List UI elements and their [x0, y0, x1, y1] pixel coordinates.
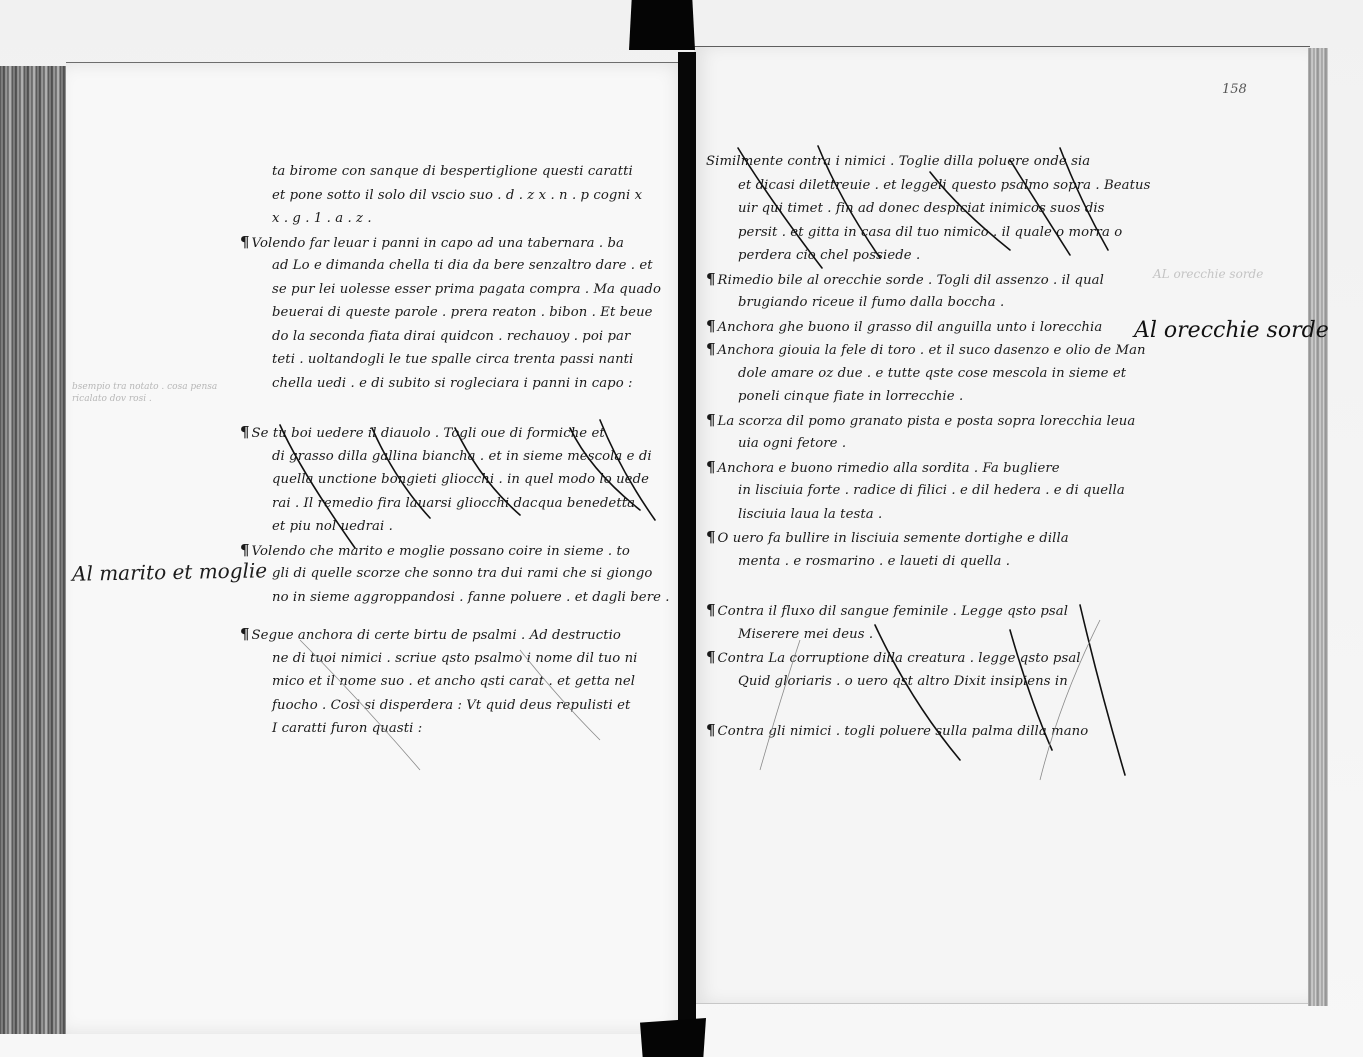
- pilcrow-mark-icon: ¶: [706, 458, 714, 476]
- text-line: fuocho . Cosi si disperdera : Vt quid de…: [240, 694, 680, 718]
- paragraph-start: ¶Anchora giouia la fele di toro . et il …: [706, 338, 1106, 362]
- pilcrow-mark-icon: ¶: [240, 541, 248, 559]
- faint-marginal-note: bsempio tra notato . cosa pensa ricalato…: [72, 381, 232, 405]
- text-line: lisciuia laua la testa .: [706, 503, 1106, 527]
- pilcrow-mark-icon: ¶: [706, 411, 714, 429]
- text-line: do la seconda fiata dirai quidcon . rech…: [240, 325, 680, 349]
- left-page-block-edges: [0, 66, 66, 1034]
- paragraph-start: ¶Se tu boi uedere il diauolo . Togli oue…: [240, 421, 680, 445]
- text-line: persit . et gitta in casa dil tuo nimico…: [706, 221, 1106, 245]
- text-line: uir qui timet . fin ad donec despiciat i…: [706, 197, 1106, 221]
- folio-number: 158: [1222, 82, 1247, 97]
- faint-marginal-note-right: AL orecchie sorde: [1153, 268, 1263, 280]
- pilcrow-mark-icon: ¶: [240, 233, 248, 251]
- pilcrow-mark-icon: ¶: [706, 601, 714, 619]
- pilcrow-mark-icon: ¶: [240, 625, 248, 643]
- text-line: ad Lo e dimanda chella ti dia da bere se…: [240, 254, 680, 278]
- text-line: perdera cio chel possiede .: [706, 244, 1106, 268]
- text-line: poneli cinque fiate in lorrecchie .: [706, 385, 1106, 409]
- text-line: se pur lei uolesse esser prima pagata co…: [240, 278, 680, 302]
- text-line: in lisciuia forte . radice di filici . e…: [706, 479, 1106, 503]
- text-line: x . g . 1 . a . z .: [240, 207, 680, 231]
- pilcrow-mark-icon: ¶: [706, 317, 714, 335]
- text-line: quella unctione bongieti gliocchi . in q…: [240, 468, 680, 492]
- paragraph-start: Similmente contra i nimici . Toglie dill…: [706, 150, 1106, 174]
- text-line: mico et il nome suo . et ancho qsti cara…: [240, 670, 680, 694]
- marginal-note-marito: Al marito et moglie: [72, 558, 268, 585]
- pilcrow-mark-icon: ¶: [240, 423, 248, 441]
- book-spine-gutter: [678, 52, 696, 1022]
- pilcrow-mark-icon: ¶: [706, 340, 714, 358]
- text-line: I caratti furon quasti :: [240, 717, 680, 741]
- text-line: no in sieme aggroppandosi . fanne poluer…: [240, 586, 680, 610]
- paragraph-start: ¶Anchora ghe buono il grasso dil anguill…: [706, 315, 1106, 339]
- right-page-text: Similmente contra i nimici . Toglie dill…: [706, 150, 1106, 743]
- text-line: dole amare oz due . e tutte qste cose me…: [706, 362, 1106, 386]
- text-line: beuerai di queste parole . prera reaton …: [240, 301, 680, 325]
- paragraph-start: ¶Anchora e buono rimedio alla sordita . …: [706, 456, 1106, 480]
- paragraph-start: ¶La scorza dil pomo granato pista e post…: [706, 409, 1106, 433]
- paragraph-start: ¶Volendo che marito e moglie possano coi…: [240, 539, 680, 563]
- paragraph-start: ¶Segue anchora di certe birtu de psalmi …: [240, 623, 680, 647]
- paragraph-start: ¶Rimedio bile al orecchie sorde . Togli …: [706, 268, 1106, 292]
- text-line: menta . e rosmarino . e laueti di quella…: [706, 550, 1106, 574]
- paragraph-start: ¶Contra gli nimici . togli poluere sulla…: [706, 719, 1106, 743]
- binding-ribbon-top: [629, 0, 695, 50]
- text-line: Miserere mei deus .: [706, 623, 1106, 647]
- text-line: et piu nol uedrai .: [240, 515, 680, 539]
- paragraph-start: ¶Volendo far leuar i panni in capo ad un…: [240, 231, 680, 255]
- paragraph-start: ¶Contra il fluxo dil sangue feminile . L…: [706, 599, 1106, 623]
- pilcrow-mark-icon: ¶: [706, 721, 714, 739]
- text-line: gli di quelle scorze che sonno tra dui r…: [240, 562, 680, 586]
- right-page-block-edges: [1308, 48, 1328, 1006]
- binding-ribbon-bottom: [640, 1018, 706, 1057]
- text-line: et pone sotto il solo dil vscio suo . d …: [240, 184, 680, 208]
- pilcrow-mark-icon: ¶: [706, 648, 714, 666]
- text-line: brugiando riceue il fumo dalla boccha .: [706, 291, 1106, 315]
- pilcrow-mark-icon: ¶: [706, 270, 714, 288]
- paragraph-start: ¶O uero fa bullire in lisciuia semente d…: [706, 526, 1106, 550]
- text-line: di grasso dilla gallina biancha . et in …: [240, 445, 680, 469]
- left-page-text: ta birome con sanque di bespertiglione q…: [240, 160, 680, 741]
- text-line: rai . Il remedio fira lauarsi gliocchi d…: [240, 492, 680, 516]
- marginal-note-orecchie: Al orecchie sorde: [1134, 318, 1329, 343]
- text-line: teti . uoltandogli le tue spalle circa t…: [240, 348, 680, 372]
- pilcrow-mark-icon: ¶: [706, 528, 714, 546]
- text-line: uia ogni fetore .: [706, 432, 1106, 456]
- text-line: ne di tuoi nimici . scriue qsto psalmo i…: [240, 647, 680, 671]
- text-line: ta birome con sanque di bespertiglione q…: [240, 160, 680, 184]
- paragraph-start: ¶Contra La corruptione dilla creatura . …: [706, 646, 1106, 670]
- text-line: et dicasi dilettreuie . et leggeli quest…: [706, 174, 1106, 198]
- text-line: chella uedi . e di subito si rogleciara …: [240, 372, 680, 396]
- text-line: Quid gloriaris . o uero qst altro Dixit …: [706, 670, 1106, 694]
